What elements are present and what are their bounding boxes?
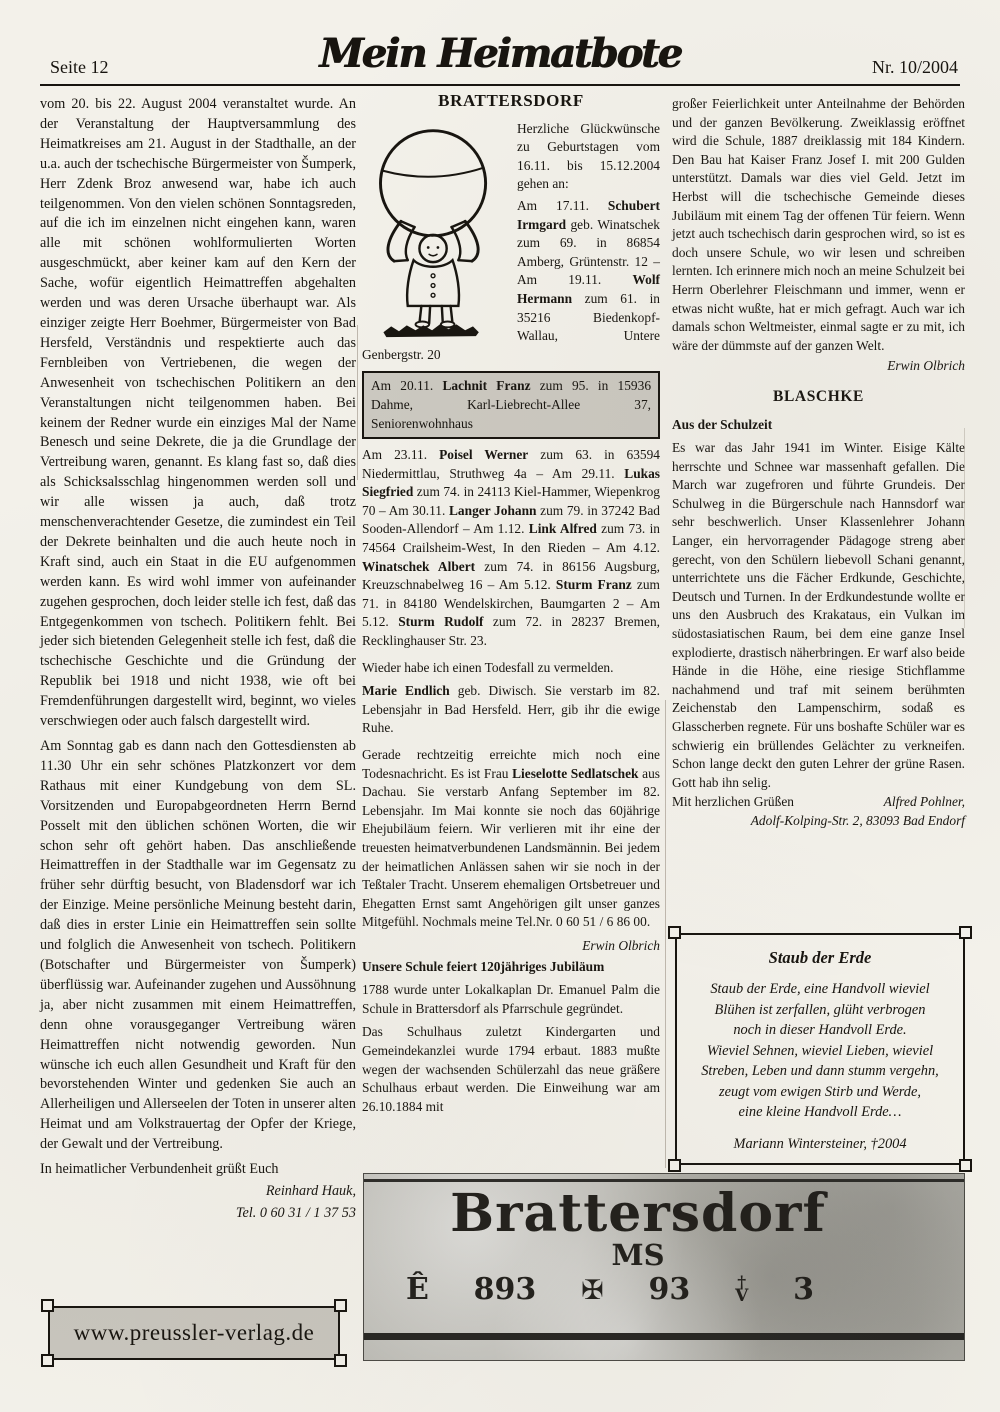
sign-town-name: Brattersdorf [363, 1187, 938, 1240]
greeting-text: Mit herzlichen Grüßen [672, 793, 794, 812]
signature-phone: Tel. 0 60 31 / 1 37 53 [40, 1204, 356, 1224]
corner-ornament [41, 1354, 54, 1367]
signature-address: Adolf-Kolping-Str. 2, 83093 Bad Endorf [672, 812, 965, 831]
deceased-name: Marie Endlich [362, 683, 450, 698]
poem-title: Staub der Erde [685, 948, 955, 968]
closing-greeting-row: Mit herzlichen Grüßen Alfred Pohlner, [672, 793, 965, 812]
poem-line: Blühen ist zerfallen, glüht verbrogen [685, 1000, 955, 1021]
article-paragraph: Das Schulhaus zuletzt Kindergarten und G… [362, 1023, 660, 1116]
birthday-entries-list: Am 23.11. Poisel Werner zum 63. in 63594… [362, 446, 660, 651]
publisher-weblink-box: www.preussler-verlag.de [48, 1306, 340, 1360]
column-left: vom 20. bis 22. August 2004 veranstaltet… [40, 95, 356, 1226]
signature-name: Alfred Pohlner, [884, 793, 965, 812]
header-rule [40, 84, 960, 86]
article-paragraph: vom 20. bis 22. August 2004 veranstaltet… [40, 95, 356, 732]
signature-name: Reinhard Hauk, [40, 1182, 356, 1202]
sign-frame-top [364, 1179, 964, 1182]
publisher-url: www.preussler-verlag.de [74, 1320, 315, 1346]
poem-box: Staub der Erde Staub der Erde, eine Hand… [675, 933, 965, 1165]
crowned-e-glyph: Ê [406, 1275, 429, 1305]
v-glyph: V [735, 1290, 748, 1304]
article-paragraph: Es war das Jahr 1941 im Winter. Eisige K… [672, 439, 965, 792]
section-heading-brattersdorf: BRATTERSDORF [362, 92, 660, 111]
poem-line: noch in dieser Handvoll Erde. [685, 1020, 955, 1041]
article-paragraph: Am Sonntag gab es dann nach den Gottesdi… [40, 737, 356, 1155]
column-right: großer Feierlichkeit unter Anteilnahme d… [672, 95, 965, 831]
birthday-intro-block: Herzliche Glückwünsche zu Geburtstagen v… [362, 120, 660, 365]
entry-date: Am 20.11. [371, 378, 442, 393]
poem-author: Mariann Wintersteiner, †2004 [685, 1136, 955, 1153]
issue-number: Nr. 10/2004 [872, 57, 958, 78]
school-jubilee-heading: Unsere Schule feiert 120jähriges Jubiläu… [362, 958, 660, 977]
sign-district-code: MS [363, 1240, 938, 1270]
obituary-entry: Gerade rechtzeitig erreichte mich noch e… [362, 746, 660, 932]
atlas-figure-illustration [362, 122, 508, 338]
corner-ornament [668, 926, 681, 939]
signature-name: Erwin Olbrich [672, 357, 965, 376]
entry-date: Am 1.12. [473, 521, 529, 536]
sign-number: 3 [793, 1275, 814, 1305]
entry-date: Am 30.11. [389, 503, 449, 518]
signature-name: Erwin Olbrich [362, 937, 660, 956]
entry-name: Poisel Werner [439, 447, 528, 462]
cross-over-v-mark: †V [735, 1277, 748, 1304]
corner-ornament [41, 1299, 54, 1312]
obituary-intro: Wieder habe ich einen Todesfall zu verme… [362, 659, 660, 678]
column-rule [665, 700, 666, 1168]
poem-line: zeugt vom ewigen Stirb und Werde, [685, 1082, 955, 1103]
article-paragraph: 1788 wurde unter Lokalkaplan Dr. Emanuel… [362, 981, 660, 1018]
masthead-title: Mein Heimatbote [0, 34, 1000, 74]
obituary-text: aus Dachau. Sie verstarb Anfang Septembe… [362, 766, 660, 930]
obituary-entry: Marie Endlich geb. Diwisch. Sie verstarb… [362, 682, 660, 738]
village-sign-photo: Brattersdorf MS Ê 893 ✠ 93 †V 3 [363, 1173, 965, 1361]
poem-line: Streben, Leben und dann stumm vergehn, [685, 1061, 955, 1082]
poem-line: Wieviel Sehnen, wieviel Lieben, wieviel [685, 1041, 955, 1062]
corner-ornament [668, 1159, 681, 1172]
corner-ornament [334, 1354, 347, 1367]
entry-name: Lachnit Franz [442, 378, 530, 393]
entry-name: Sturm Rudolf [398, 614, 483, 629]
entry-date: Am 17.11. [517, 198, 608, 213]
entry-name: Link Alfred [529, 521, 597, 536]
entry-date: Am 29.11. [552, 466, 624, 481]
poem-line: eine kleine Handvoll Erde… [685, 1102, 955, 1123]
sign-number: 93 [649, 1275, 691, 1305]
iron-cross-icon: ✠ [581, 1277, 604, 1304]
corner-ornament [959, 926, 972, 939]
highlighted-birthday-box: Am 20.11. Lachnit Franz zum 95. in 15936… [362, 371, 660, 439]
corner-ornament [334, 1299, 347, 1312]
poem-line: Staub der Erde, eine Handvoll wieviel [685, 979, 955, 1000]
sign-number: 893 [474, 1275, 537, 1305]
column-middle: BRATTERSDORF [362, 92, 660, 1121]
entry-date: Am 23.11. [362, 447, 439, 462]
article-paragraph: großer Feierlichkeit unter Anteilnahme d… [672, 95, 965, 355]
article-subheading: Aus der Schulzeit [672, 416, 965, 435]
column-rule [357, 325, 358, 480]
column-rule [964, 428, 965, 628]
article-closing-line: In heimatlicher Verbundenheit grüßt Euch [40, 1160, 356, 1180]
corner-ornament [959, 1159, 972, 1172]
entry-name: Sturm Franz [556, 577, 632, 592]
entry-date: Am 19.11. [517, 272, 632, 287]
entry-name: Winatschek Albert [362, 559, 475, 574]
deceased-name: Lieselotte Sedlatschek [512, 766, 638, 781]
section-heading-blaschke: BLASCHKE [672, 388, 965, 407]
sign-frame-bottom [364, 1333, 964, 1340]
entry-date: Am 5.12. [499, 577, 556, 592]
sign-symbol-row: Ê 893 ✠ 93 †V 3 [364, 1270, 964, 1305]
entry-name: Langer Johann [449, 503, 537, 518]
entry-date: Am 4.12. [606, 540, 660, 555]
newspaper-page-scan: { "header": { "page_label": "Seite 12", … [0, 0, 1000, 1412]
